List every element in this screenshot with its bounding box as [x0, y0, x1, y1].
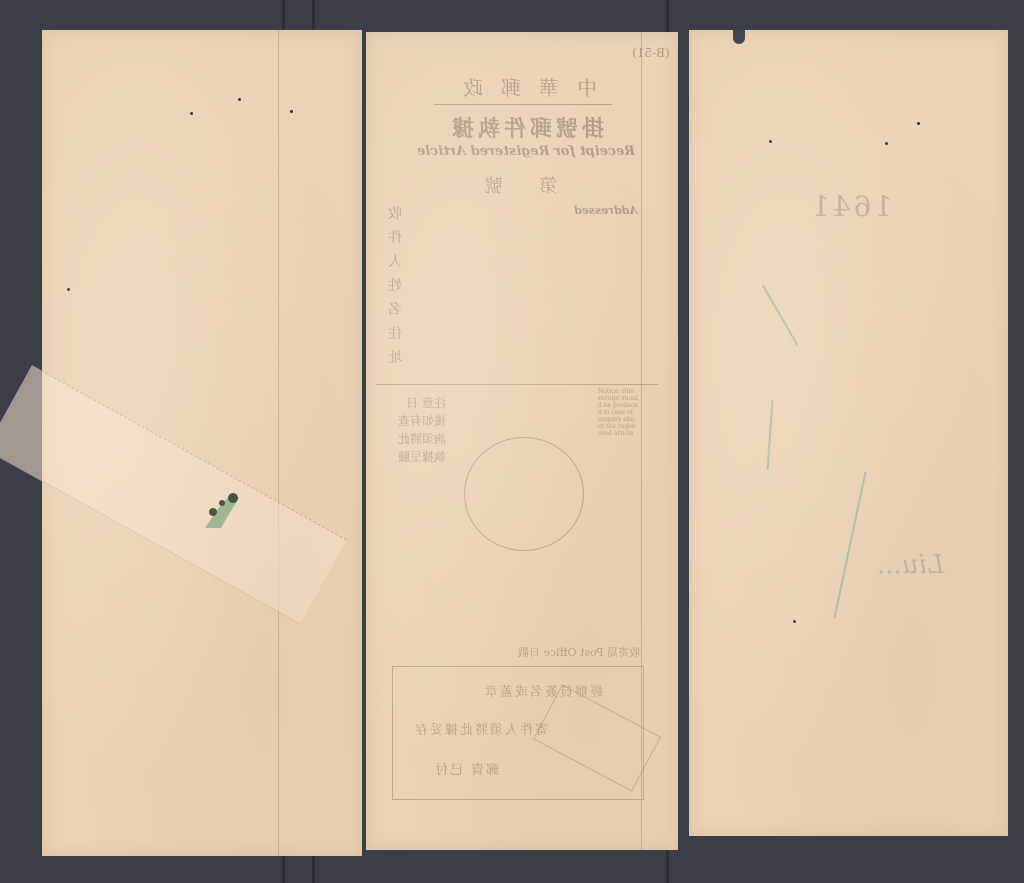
green-ink-stain — [195, 488, 245, 532]
addressed-label: Addressed — [574, 204, 638, 217]
receipt-number: 第 號 — [421, 172, 621, 198]
blank-back-slip: 1641 Liu... — [689, 30, 1008, 836]
box-line: 郵資 已付 — [433, 759, 499, 778]
green-pen-stroke — [833, 471, 866, 618]
registered-article-receipt: (B-51) 中華郵政 掛號郵件執據 Receipt for Registere… — [366, 32, 678, 850]
diagonal-flap — [0, 365, 347, 624]
speck — [190, 112, 193, 115]
receipt-header: 中華郵政 — [426, 72, 616, 101]
green-pen-stroke — [767, 400, 774, 470]
envelope-fragment-slip — [42, 30, 362, 856]
faint-signature: Liu... — [877, 545, 944, 585]
fold-line — [278, 30, 279, 856]
rectangular-postmark — [533, 684, 661, 791]
notes-english: Notice: this receipt should be produced … — [598, 388, 638, 628]
postmark-circle — [464, 437, 584, 551]
header-rule — [434, 104, 612, 105]
green-pen-stroke — [762, 284, 799, 346]
speck — [769, 140, 772, 143]
speck — [290, 110, 293, 113]
section-divider — [376, 384, 658, 385]
notes-chinese: 注意 日後如有查詢須將此執據呈驗 — [396, 394, 446, 466]
receipt-title: 掛號郵件執據 — [416, 112, 636, 143]
signature-box: 經辦員簽名或蓋章 寄件人須將此據妥存 郵資 已付 — [392, 666, 644, 800]
form-code: (B-51) — [632, 46, 670, 60]
speck — [917, 122, 920, 125]
faint-number-mark: 1641 — [809, 190, 892, 223]
addressee-vertical-label: 收件人姓名住址 — [384, 202, 402, 370]
speck — [885, 142, 888, 145]
speck — [793, 620, 796, 623]
speck — [67, 288, 70, 291]
tear-notch — [733, 28, 745, 44]
speck — [238, 98, 241, 101]
box-line: 寄件人須將此據妥存 — [413, 719, 548, 738]
post-office-line: 收寄局 Post Office 日戳 — [390, 644, 640, 660]
receipt-english-title: Receipt for Registered Article — [406, 144, 646, 159]
